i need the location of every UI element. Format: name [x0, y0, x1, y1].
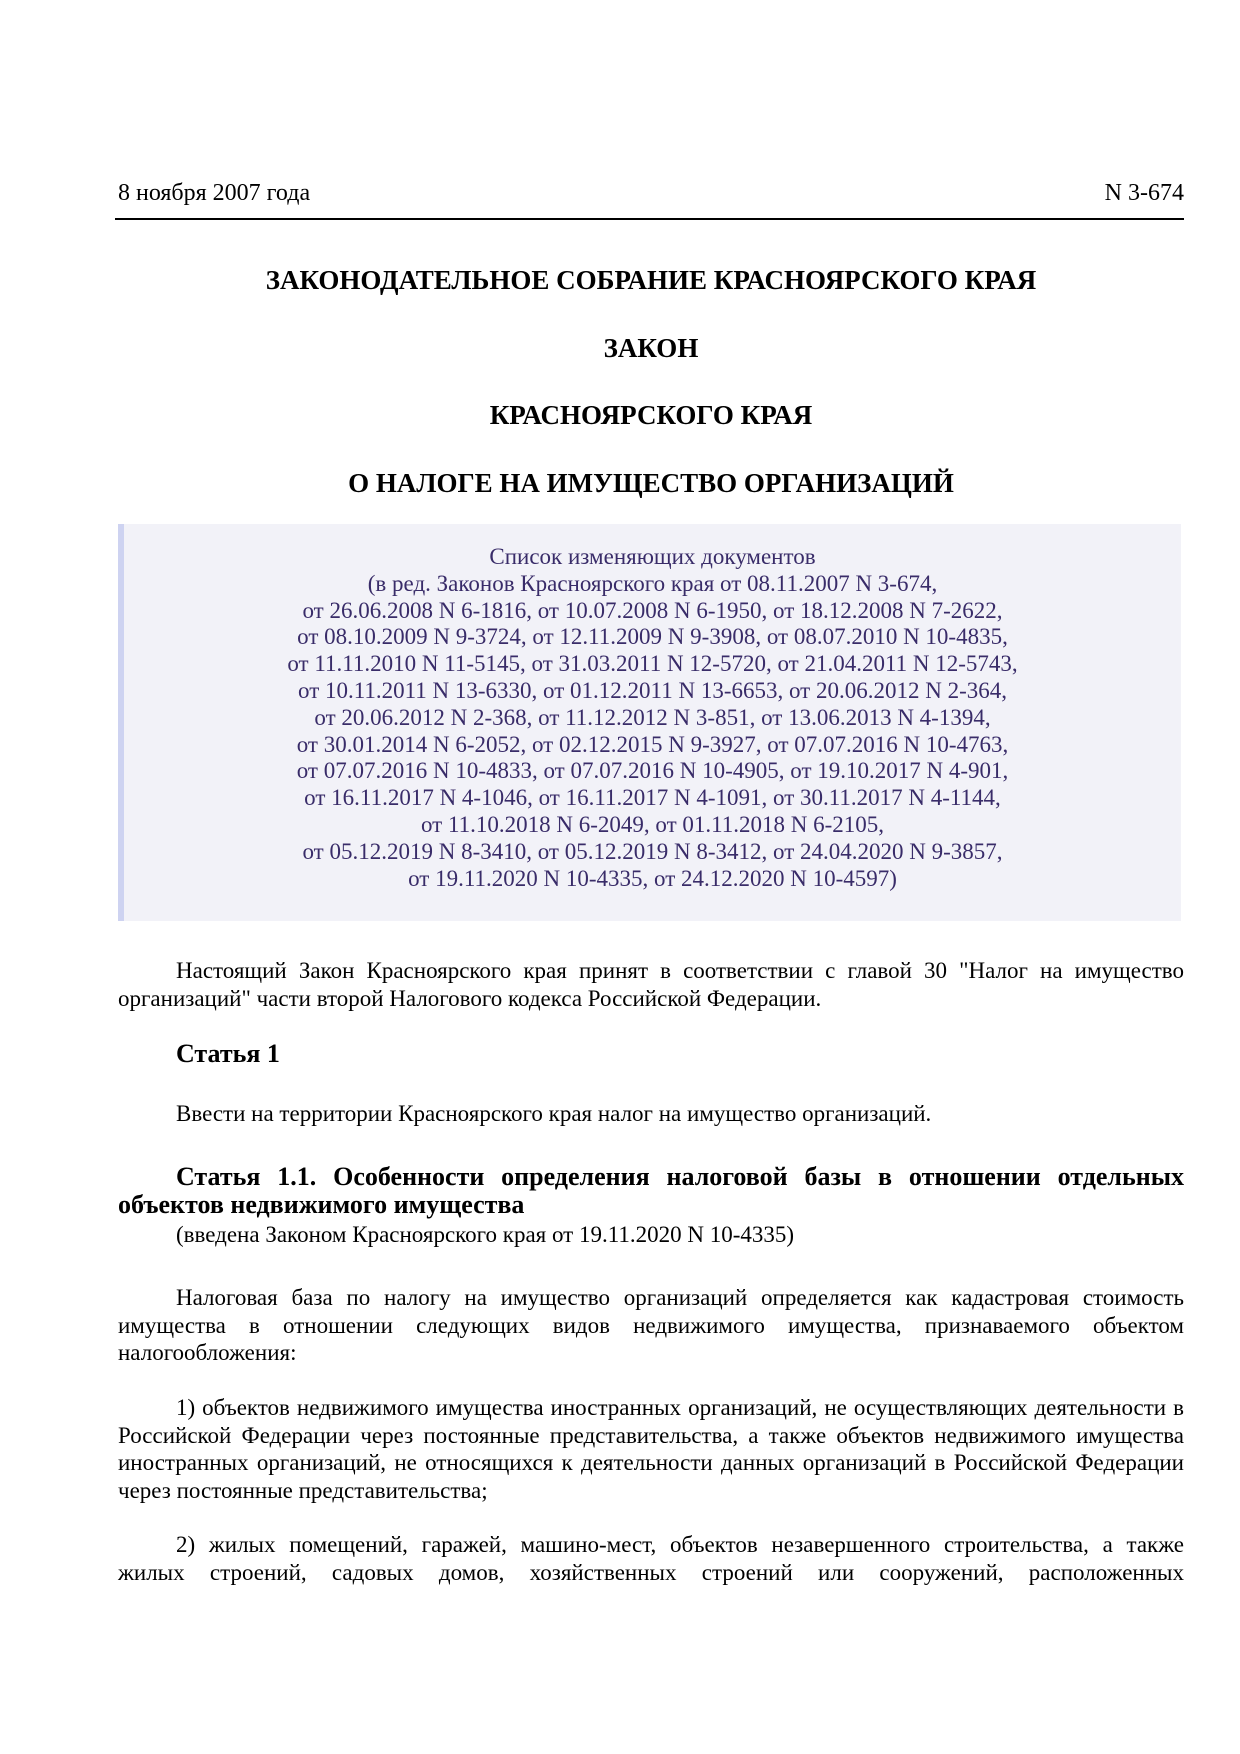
- amendment-line: от 30.01.2014 N 6-2052, от 02.12.2015 N …: [124, 732, 1181, 759]
- amendment-line: от 08.10.2009 N 9-3724, от 12.11.2009 N …: [124, 624, 1181, 651]
- amendment-line: от 20.06.2012 N 2-368, от 11.12.2012 N 3…: [124, 705, 1181, 732]
- list-item: 1) объектов недвижимого имущества иностр…: [118, 1394, 1184, 1504]
- article-1-heading: Статья 1: [118, 1040, 1184, 1068]
- list-item: 2) жилых помещений, гаражей, машино-мест…: [118, 1531, 1184, 1586]
- article-1-1-heading: Статья 1.1. Особенности определения нало…: [118, 1163, 1184, 1219]
- preamble-paragraph: Настоящий Закон Красноярского края приня…: [118, 957, 1184, 1012]
- issuing-body-title: ЗАКОНОДАТЕЛЬНОЕ СОБРАНИЕ КРАСНОЯРСКОГО К…: [118, 264, 1184, 296]
- document-type-title: ЗАКОН: [118, 332, 1184, 364]
- header-document-number: N 3-674: [1105, 178, 1184, 208]
- article-1-1-note: (введена Законом Красноярского края от 1…: [176, 1221, 1176, 1249]
- amendment-line: от 05.12.2019 N 8-3410, от 05.12.2019 N …: [124, 839, 1181, 866]
- amendment-line: от 10.11.2011 N 13-6330, от 01.12.2011 N…: [124, 678, 1181, 705]
- law-title: О НАЛОГЕ НА ИМУЩЕСТВО ОРГАНИЗАЦИЙ: [118, 467, 1184, 499]
- article-1-text: Ввести на территории Красноярского края …: [118, 1100, 1184, 1128]
- amendments-heading: Список изменяющих документов: [124, 544, 1181, 571]
- amendment-line: от 11.11.2010 N 11-5145, от 31.03.2011 N…: [124, 651, 1181, 678]
- amendment-line: от 16.11.2017 N 4-1046, от 16.11.2017 N …: [124, 785, 1181, 812]
- amendment-line: от 26.06.2008 N 6-1816, от 10.07.2008 N …: [124, 598, 1181, 625]
- header-date: 8 ноября 2007 года: [118, 178, 310, 208]
- amendments-list: Список изменяющих документов (в ред. Зак…: [124, 544, 1181, 892]
- amendment-line: от 07.07.2016 N 10-4833, от 07.07.2016 N…: [124, 758, 1181, 785]
- region-title: КРАСНОЯРСКОГО КРАЯ: [118, 399, 1184, 431]
- article-1-1-intro: Налоговая база по налогу на имущество ор…: [118, 1284, 1184, 1367]
- header-rule: [115, 218, 1184, 220]
- amendment-line: (в ред. Законов Красноярского края от 08…: [124, 571, 1181, 598]
- amendments-box: Список изменяющих документов (в ред. Зак…: [118, 524, 1181, 921]
- page-header: 8 ноября 2007 года N 3-674: [118, 178, 1184, 208]
- amendment-line: от 19.11.2020 N 10-4335, от 24.12.2020 N…: [124, 866, 1181, 893]
- amendment-line: от 11.10.2018 N 6-2049, от 01.11.2018 N …: [124, 812, 1181, 839]
